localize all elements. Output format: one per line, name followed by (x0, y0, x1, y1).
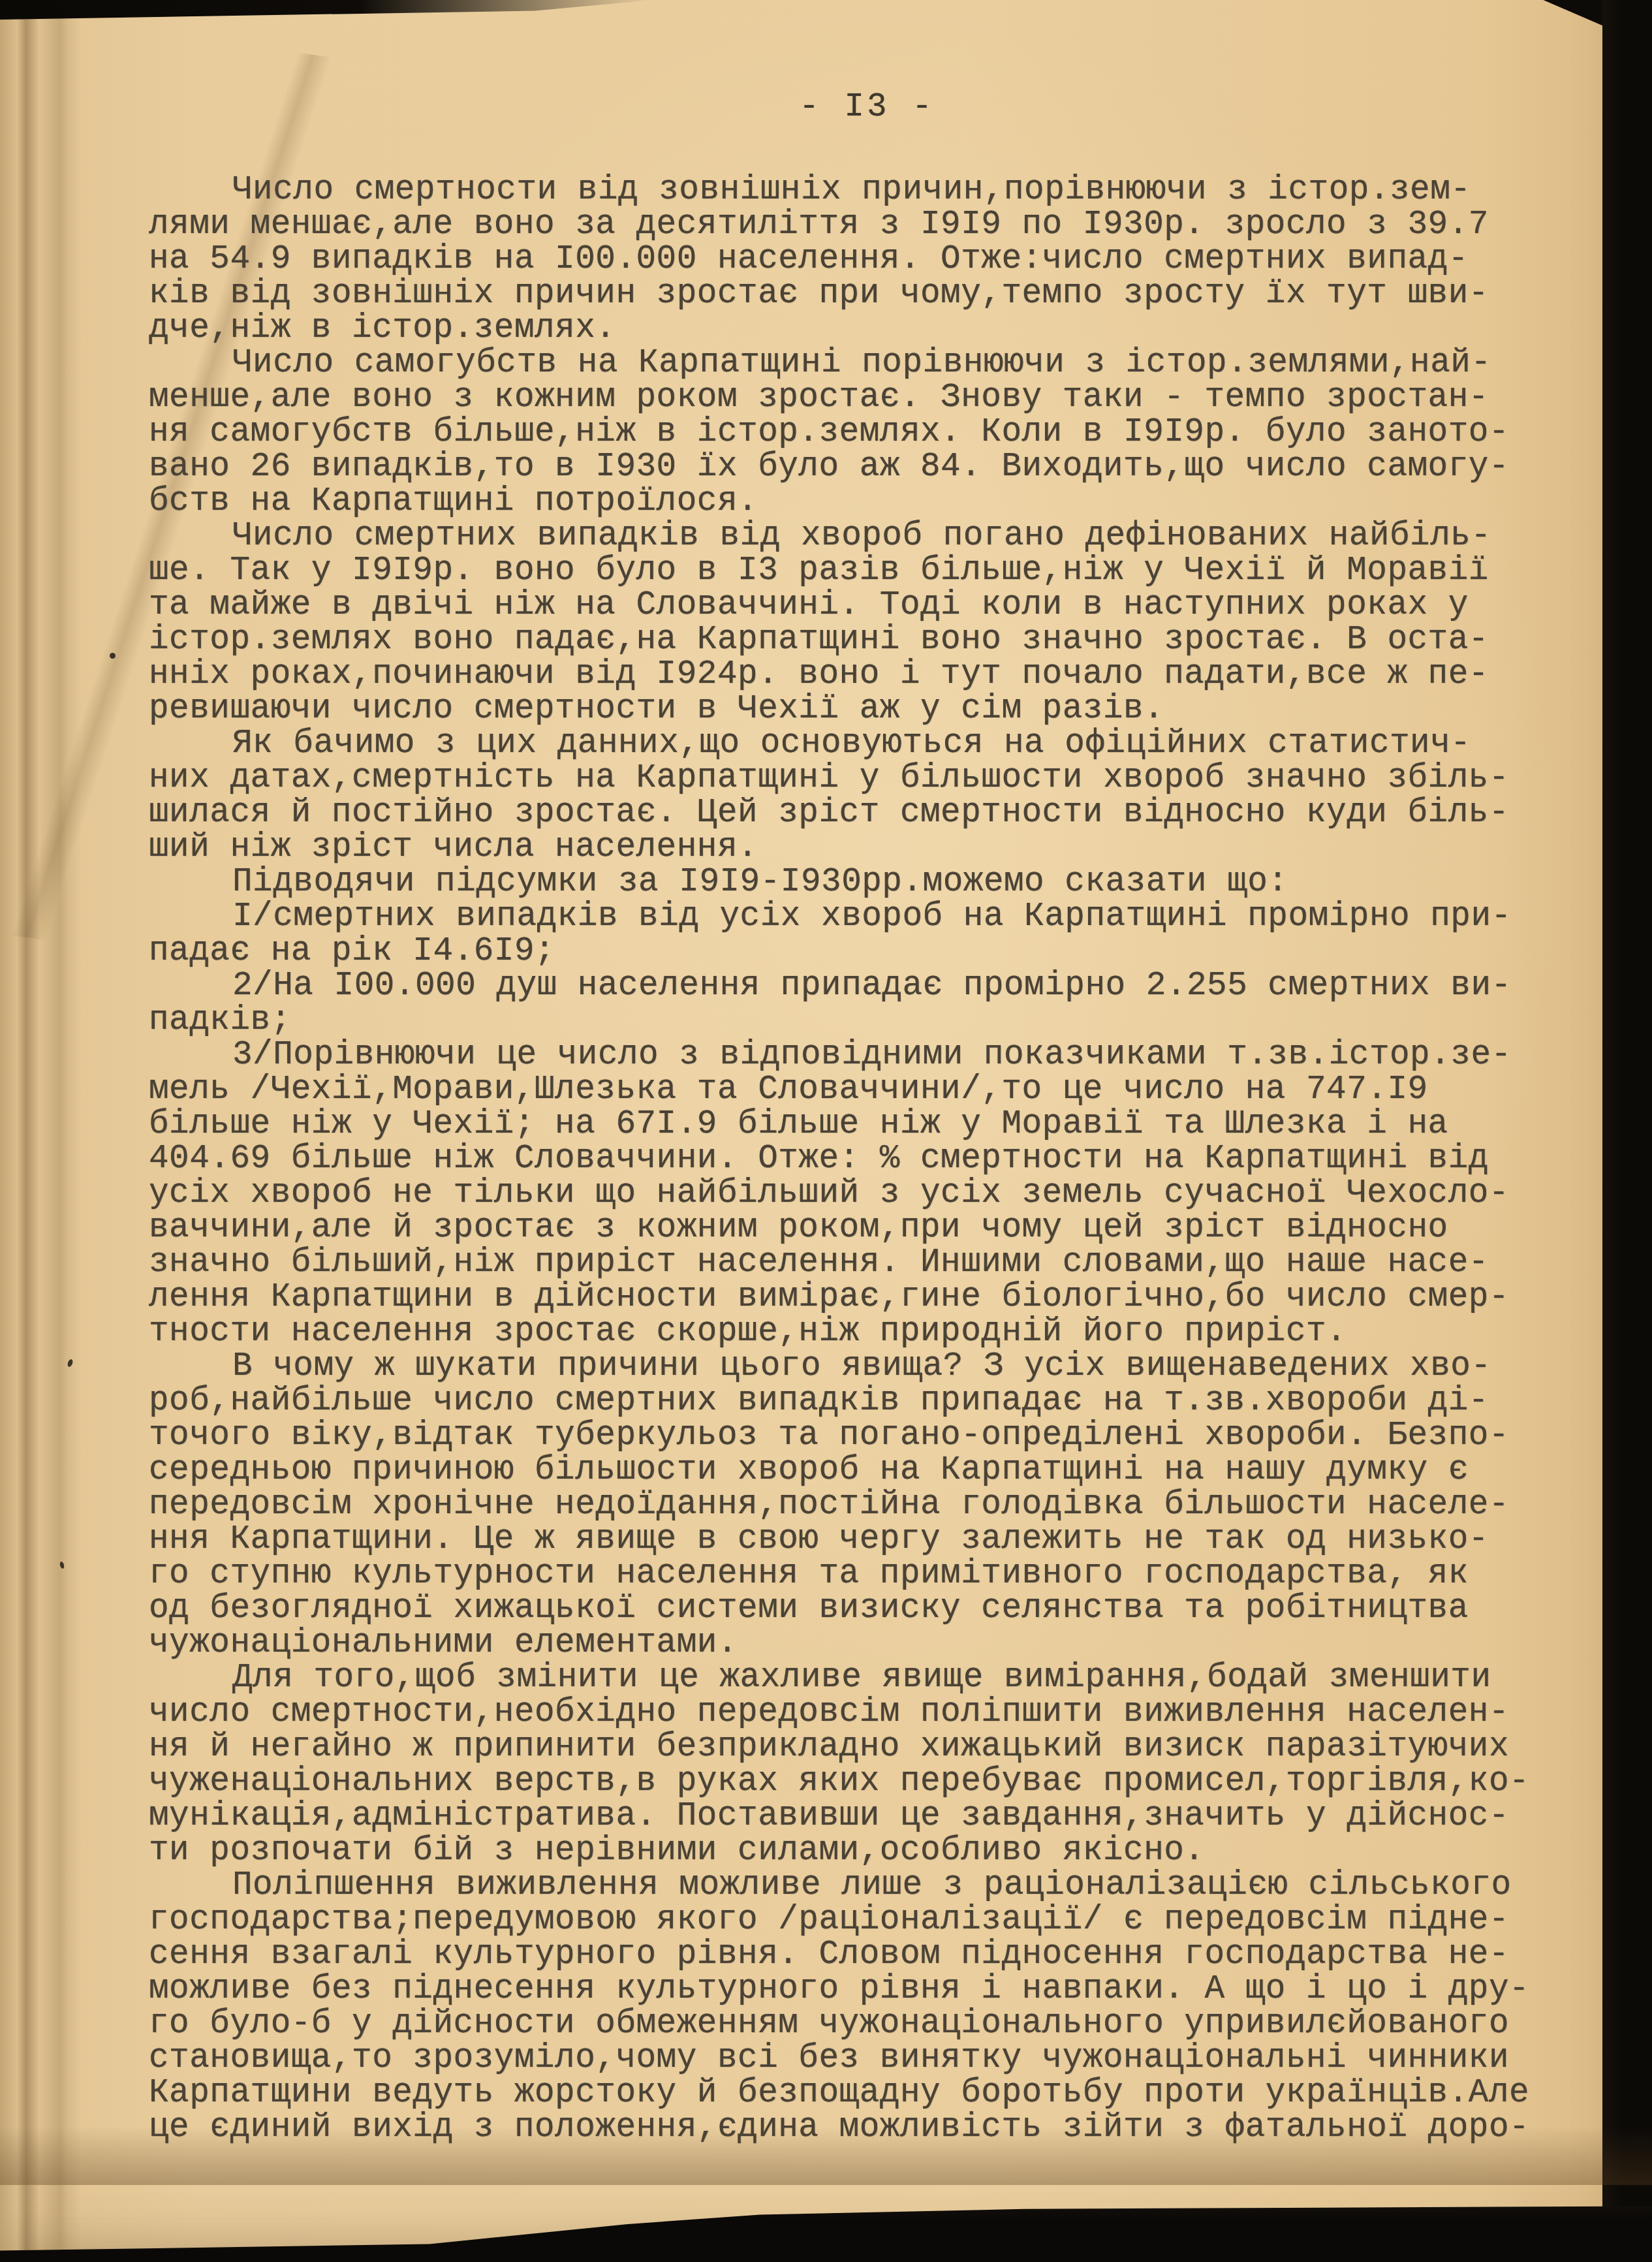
paragraph-rationalization: Поліпшення виживлення можливе лише з рац… (149, 1868, 1585, 2145)
paragraph-summary-item-1: I/смертних випадків від усіх хвороб на К… (149, 900, 1585, 969)
scanner-shadow-right (1602, 0, 1652, 2262)
paragraph-summary-item-2: 2/На I00.000 душ населення припадає пром… (149, 969, 1585, 1038)
paragraph-official-statistics: Як бачимо з цих данних,що основуються на… (149, 727, 1585, 865)
document-body: Число смертности від зовнішніх причин,по… (149, 173, 1585, 2145)
paragraph-ill-defined-diseases: Число смертних випадків від хвороб поган… (149, 519, 1585, 727)
scanned-document: - I3 - Число смертности від зовнішніх пр… (0, 0, 1652, 2262)
paragraph-remedies: Для того,щоб змінити це жахливе явище ви… (149, 1661, 1585, 1868)
paragraph-mortality-external-causes: Число смертности від зовнішніх причин,по… (149, 173, 1585, 346)
paragraph-summary-intro: Підводячи підсумки за I9I9-I930рр.можемо… (149, 865, 1585, 900)
paragraph-summary-item-3: 3/Порівнюючи це число з відповідними пок… (149, 1038, 1585, 1349)
page-bottom-curl-shadow (0, 2126, 1652, 2185)
paragraph-causes: В чому ж шукати причини цього явища? З у… (149, 1349, 1585, 1661)
paragraph-suicides: Число самогубств на Карпатщині порівнююч… (149, 346, 1585, 519)
page-number: - I3 - (149, 90, 1585, 125)
document-text-column: - I3 - Число смертности від зовнішніх пр… (149, 90, 1585, 2145)
ink-speck (110, 653, 116, 659)
